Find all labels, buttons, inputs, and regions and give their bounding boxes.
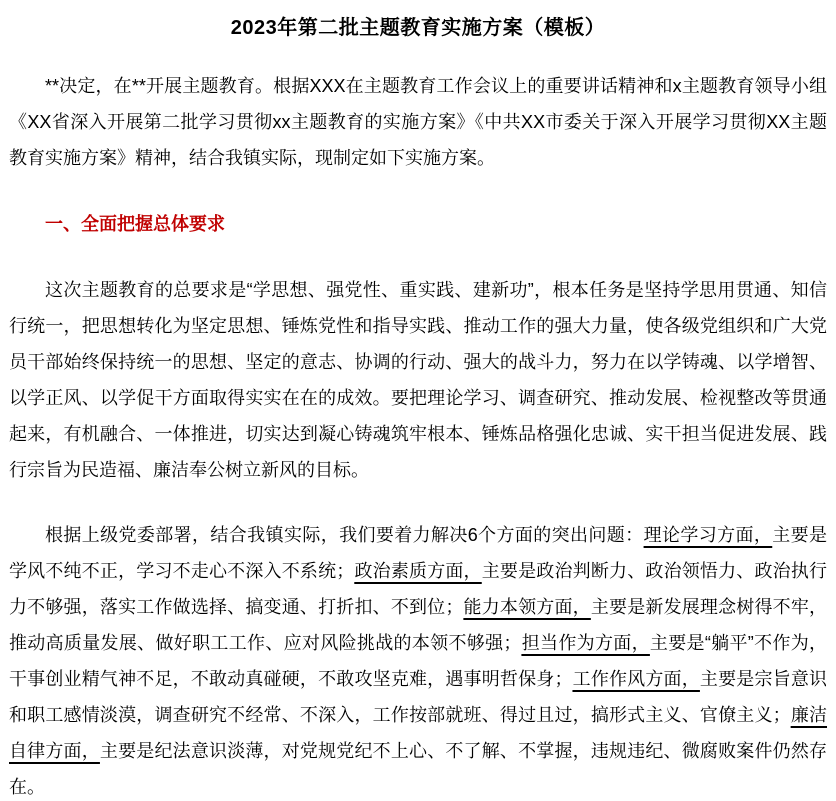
underlined-phrase: 政治素质方面， <box>354 561 481 581</box>
text-run: 这次主题教育的总要求是“学思想、强党性、重实践、建新功”，根本任务是坚持学思用贯… <box>9 280 827 480</box>
document-page: 2023年第二批主题教育实施方案（模板） **决定，在**开展主题教育。根据XX… <box>0 0 836 801</box>
underlined-phrase: 工作作风方面， <box>572 669 699 689</box>
text-run: 根据上级党委部署，结合我镇实际，我们要着力解决6个方面的突出问题： <box>45 525 644 545</box>
section-heading-1: 一、全面把握总体要求 <box>9 206 827 242</box>
text-run: 主要是纪法意识淡薄，对党规党纪不上心、不了解、不掌握，违规违纪、微腐败案件仍然存… <box>9 741 827 797</box>
document-title: 2023年第二批主题教育实施方案（模板） <box>9 10 827 46</box>
intro-paragraph: **决定，在**开展主题教育。根据XXX在主题教育工作会议上的重要讲话精神和x主… <box>9 68 827 176</box>
underlined-phrase: 担当作为方面， <box>521 633 650 653</box>
outstanding-problems-paragraph: 根据上级党委部署，结合我镇实际，我们要着力解决6个方面的突出问题：理论学习方面，… <box>9 517 827 801</box>
underlined-phrase: 能力本领方面， <box>463 597 590 617</box>
underlined-phrase: 理论学习方面， <box>644 525 773 545</box>
text-run: **决定，在**开展主题教育。根据XXX在主题教育工作会议上的重要讲话精神和x主… <box>9 76 827 168</box>
overall-requirements-paragraph: 这次主题教育的总要求是“学思想、强党性、重实践、建新功”，根本任务是坚持学思用贯… <box>9 272 827 488</box>
